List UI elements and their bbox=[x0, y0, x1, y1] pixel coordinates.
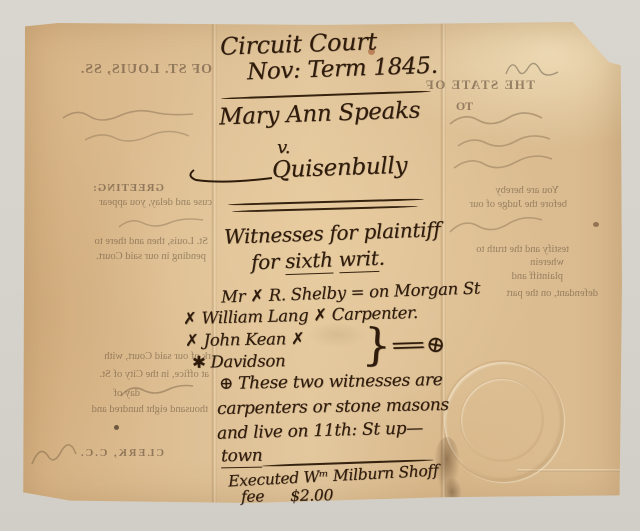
heading-for: for bbox=[251, 249, 286, 274]
print-you-are-hereby: You are hereby bbox=[441, 185, 559, 196]
embossed-seal-inner-ring bbox=[460, 378, 544, 462]
print-st-louis-then-there: St. Louis, then and there to bbox=[46, 236, 208, 247]
fee-label: fee bbox=[241, 487, 264, 505]
print-the-state-of: THE STATE OF bbox=[437, 77, 535, 93]
heading-period: . bbox=[378, 246, 385, 270]
foxing-spot bbox=[593, 222, 599, 227]
note-carpenters-masons: carpenters or stone masons bbox=[217, 395, 449, 419]
note-these-two-witnesses: ⊕ These two witnesses are bbox=[219, 370, 443, 394]
fee-line: fee$2.00 bbox=[241, 486, 333, 506]
print-before-the-judge: before the Judge of our bbox=[441, 199, 567, 210]
ink-stain bbox=[442, 477, 462, 507]
print-day-of: day of bbox=[96, 388, 140, 399]
witness-heading-line2: for sixth writ. bbox=[251, 246, 385, 275]
scan-background: OF ST. LOUIS, SS. GREETING: cuse and del… bbox=[0, 0, 640, 531]
witness-entry-davidson: ✱ Davidson bbox=[192, 351, 286, 372]
print-to-label: TO bbox=[447, 99, 473, 114]
embossed-seal bbox=[442, 360, 564, 482]
print-defendant-on-part: defendant, on the part bbox=[470, 288, 598, 299]
print-office-city-st: at office, in the City of St. bbox=[43, 369, 209, 380]
defendant-name: Quisenbully bbox=[272, 153, 408, 184]
foxing-spot bbox=[114, 425, 119, 430]
fee-amount: $2.00 bbox=[290, 486, 333, 505]
print-county-line: OF ST. LOUIS, SS. bbox=[50, 62, 212, 78]
print-clerk-court-with: rk of our said Court, with bbox=[46, 351, 211, 362]
versus-label: v. bbox=[277, 137, 290, 158]
print-thousand-eight-hundred: thousand eight hundred and bbox=[50, 404, 208, 415]
witness-entry-kean: ✗ John Kean ✗ bbox=[185, 329, 305, 350]
print-testify-truth: testify and the truth to bbox=[441, 244, 569, 255]
note-town: town bbox=[221, 446, 263, 467]
print-clerk-cc: CLERK, C.C. bbox=[70, 448, 164, 459]
print-wherein: wherein bbox=[518, 257, 564, 268]
print-greeting: GREETING: bbox=[72, 182, 164, 194]
town-underlined: town bbox=[221, 446, 263, 469]
print-pending-court: pending in our said Court. bbox=[46, 251, 206, 262]
smudge bbox=[307, 322, 367, 348]
heading-sixth-underlined: sixth bbox=[285, 247, 333, 275]
print-plaintiff-and: plaintiff and bbox=[497, 271, 563, 282]
heading-writ-underlined: writ bbox=[338, 246, 379, 273]
print-excuse-delay: cuse and delay, you appear bbox=[46, 197, 212, 208]
